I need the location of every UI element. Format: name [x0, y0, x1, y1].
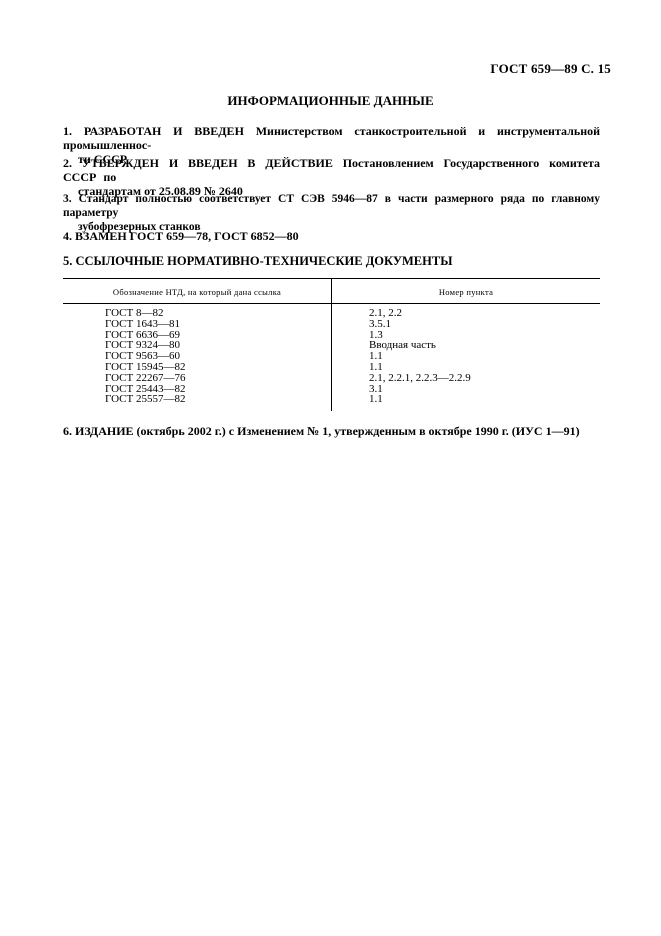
item-number: 1.: [63, 124, 72, 138]
item-caps-label: ИЗДАНИЕ: [75, 424, 134, 438]
table-column-ntd: ГОСТ 8—82 ГОСТ 1643—81 ГОСТ 6636—69 ГОСТ…: [105, 308, 185, 405]
table-header-clause: Номер пункта: [332, 287, 600, 297]
table-cell-ntd: ГОСТ 25557—82: [105, 394, 185, 405]
table-cell-clause: Вводная часть: [369, 340, 471, 351]
table-cell-clause: 1.1: [369, 351, 471, 362]
table-cell-clause: 1.1: [369, 394, 471, 405]
item-number: 4.: [63, 229, 72, 243]
table-cell-ntd: ГОСТ 22267—76: [105, 373, 185, 384]
item-number: 3.: [63, 193, 72, 205]
item-number: 6.: [63, 424, 72, 438]
table-header-ntd: Обозначение НТД, на который дана ссылка: [63, 287, 331, 297]
item-text: ВЗАМЕН ГОСТ 659—78, ГОСТ 6852—80: [75, 229, 299, 243]
info-item-references-heading: 5. ССЫЛОЧНЫЕ НОРМАТИВНО-ТЕХНИЧЕСКИЕ ДОКУ…: [63, 254, 600, 268]
info-item-replaces: 4. ВЗАМЕН ГОСТ 659—78, ГОСТ 6852—80: [63, 229, 600, 243]
document-title: ИНФОРМАЦИОННЫЕ ДАННЫЕ: [0, 93, 661, 109]
table-column-clause: 2.1, 2.2 3.5.1 1.3 Вводная часть 1.1 1.1…: [369, 308, 471, 405]
references-table: Обозначение НТД, на который дана ссылка …: [63, 278, 600, 411]
table-cell-ntd: ГОСТ 1643—81: [105, 319, 185, 330]
table-column-divider: [331, 278, 332, 411]
info-item-edition: 6. ИЗДАНИЕ (октябрь 2002 г.) с Изменение…: [63, 424, 600, 438]
table-cell-clause: 3.5.1: [369, 319, 471, 330]
item-caps-label: УТВЕРЖДЕН И ВВЕДЕН В ДЕЙСТВИЕ: [82, 156, 333, 170]
item-number: 5.: [63, 254, 72, 268]
table-cell-clause: 3.1: [369, 384, 471, 395]
item-text: ССЫЛОЧНЫЕ НОРМАТИВНО-ТЕХНИЧЕСКИЕ ДОКУМЕН…: [76, 254, 453, 268]
item-text: Стандарт полностью соответствует СТ СЭВ …: [63, 193, 600, 219]
info-item-compliance: 3. Стандарт полностью соответствует СТ С…: [63, 192, 600, 234]
page-header-ref: ГОСТ 659—89 С. 15: [490, 61, 611, 77]
item-caps-label: РАЗРАБОТАН И ВВЕДЕН: [84, 124, 244, 138]
item-number: 2.: [63, 156, 72, 170]
table-cell-clause: 2.1, 2.2.1, 2.2.3—2.2.9: [369, 373, 471, 384]
item-text: (октябрь 2002 г.) с Изменением № 1, утве…: [137, 424, 580, 438]
